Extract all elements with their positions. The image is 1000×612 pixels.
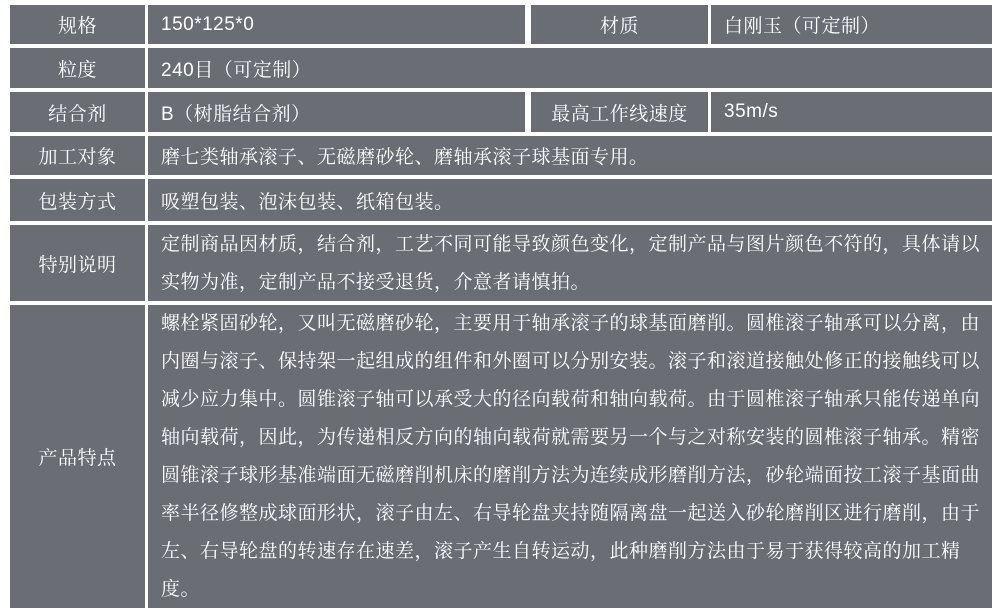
features-label: 产品特点 (10, 305, 145, 608)
features-value: 螺栓紧固砂轮，又叫无磁磨砂轮，主要用于轴承滚子的球基面磨削。圆椎滚子轴承可以分离… (148, 305, 992, 608)
max-speed-value: 35m/s (711, 92, 992, 132)
material-label: 材质 (531, 5, 708, 44)
special-note-label: 特别说明 (10, 225, 145, 301)
workpiece-value: 磨七类轴承滚子、无磁磨砂轮、磨轴承滚子球基面专用。 (148, 136, 992, 175)
bond-label: 结合剂 (10, 92, 145, 132)
table-row-spec: 规格 150*125*0 材质 白刚玉（可定制） (10, 5, 992, 44)
table-row-grit: 粒度 240目（可定制） (10, 48, 992, 88)
packaging-label: 包装方式 (10, 179, 145, 221)
workpiece-label: 加工对象 (10, 136, 145, 175)
grit-value: 240目（可定制） (148, 48, 992, 88)
table-row-special-note: 特别说明 定制商品因材质，结合剂，工艺不同可能导致颜色变化，定制产品与图片颜色不… (10, 225, 992, 301)
table-row-bond: 结合剂 B（树脂结合剂） 最高工作线速度 35m/s (10, 92, 992, 132)
grit-label: 粒度 (10, 48, 145, 88)
max-speed-label: 最高工作线速度 (531, 92, 708, 132)
product-spec-table: 规格 150*125*0 材质 白刚玉（可定制） 粒度 240目（可定制） 结合… (10, 5, 992, 608)
packaging-value: 吸塑包装、泡沫包装、纸箱包装。 (148, 179, 992, 221)
table-row-features: 产品特点 螺栓紧固砂轮，又叫无磁磨砂轮，主要用于轴承滚子的球基面磨削。圆椎滚子轴… (10, 305, 992, 608)
spec-value: 150*125*0 (148, 5, 525, 44)
table-row-workpiece: 加工对象 磨七类轴承滚子、无磁磨砂轮、磨轴承滚子球基面专用。 (10, 136, 992, 175)
table-row-packaging: 包装方式 吸塑包装、泡沫包装、纸箱包装。 (10, 179, 992, 221)
material-value: 白刚玉（可定制） (711, 5, 992, 44)
spec-label: 规格 (10, 5, 145, 44)
product-spec-page: 规格 150*125*0 材质 白刚玉（可定制） 粒度 240目（可定制） 结合… (0, 0, 1000, 612)
special-note-value: 定制商品因材质，结合剂，工艺不同可能导致颜色变化，定制产品与图片颜色不符的，具体… (148, 225, 992, 301)
bond-value: B（树脂结合剂） (148, 92, 525, 132)
